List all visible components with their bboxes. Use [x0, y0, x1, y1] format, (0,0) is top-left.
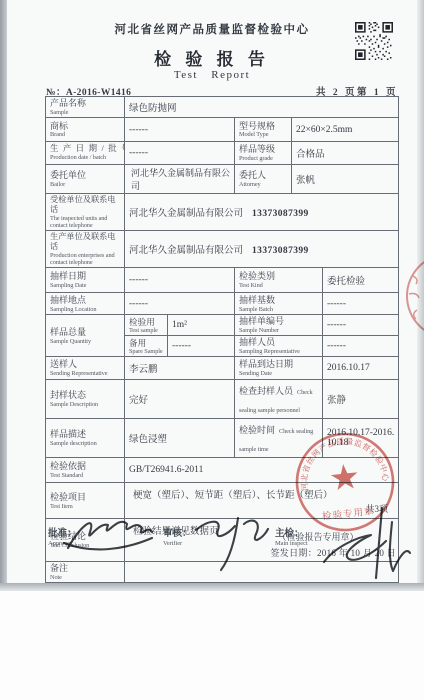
- field-brand-label: 商标Brand: [46, 118, 125, 142]
- field-arrival-date-value: 2016.10.17: [323, 357, 399, 380]
- field-sampling-date-value: ------: [125, 268, 235, 293]
- field-spare-sample-label: 备用Spare Sample: [125, 336, 168, 357]
- field-bailor-value: 河北华久金属制品有限公司: [125, 165, 235, 194]
- test-item-count: 共3项: [366, 502, 389, 515]
- report-table: 产品名称Sample 绿色防抛网 商标Brand ------ 型号规格Mode…: [45, 96, 399, 583]
- inspected-unit-phone: 13373087399: [252, 209, 309, 219]
- field-test-time-label: 检验时间 Check sealing sample time: [235, 419, 323, 458]
- field-test-standard-value: GB/T26941.6-2011: [125, 458, 399, 483]
- field-sampling-date-label: 抽样日期Sampling Date: [46, 268, 125, 293]
- report-subtitle: Test Report: [0, 69, 424, 81]
- field-brand-value: ------: [125, 118, 235, 142]
- field-sampling-location-value: ------: [125, 293, 235, 315]
- verify-label: 审核：Verifier: [163, 529, 192, 548]
- field-test-standard-label: 检验依据Test Standard: [46, 458, 125, 483]
- field-spare-sample-value: ------: [168, 336, 235, 357]
- field-sampling-rep-value: ------: [323, 336, 399, 357]
- field-inspected-unit-value: 河北华久金属制品有限公司13373087399: [125, 194, 399, 231]
- scanned-report-page: 河北省丝网产品质量监督检验中心 检 验 报 告 Test Report №：A-…: [0, 0, 424, 700]
- field-sample-desc-value: 绿色浸塑: [125, 419, 235, 458]
- qr-code-icon: [355, 22, 393, 60]
- field-attorney-label: 委托人Attorney: [235, 165, 292, 194]
- field-test-kind-value: 委托检验: [323, 268, 399, 293]
- field-sample-number-label: 抽样单编号Sample Number: [235, 315, 323, 336]
- field-grade-label: 样品等级Product grade: [235, 142, 292, 165]
- field-seal-checker-value: 张静: [323, 380, 399, 419]
- inspect-label: 主检：Main inspect: [275, 529, 308, 548]
- field-seal-status-label: 封样状态Sample Description: [46, 380, 125, 419]
- field-sample-desc-label: 样品描述Sample description: [46, 419, 125, 458]
- conclusion-stamp-note: （检验报告专用章） 签发日期：2016 年 10 月 20 日: [238, 530, 398, 559]
- field-sending-rep-value: 李云鹏: [125, 357, 235, 380]
- scan-bottom-shadow: [0, 583, 424, 591]
- field-sample-batch-value: ------: [323, 293, 399, 315]
- field-bailor-label: 委托单位Bailor: [46, 165, 125, 194]
- field-sample-batch-label: 抽样基数Sample Batch: [235, 293, 323, 315]
- field-sample-value: 绿色防抛网: [125, 97, 399, 118]
- field-note-label: 备注Note: [46, 562, 125, 583]
- field-sample-quantity-label: 样品总量Sample Quantity: [46, 315, 125, 357]
- field-sending-rep-label: 送样人Sending Representative: [46, 357, 125, 380]
- field-sampling-location-label: 抽样地点Sampling Location: [46, 293, 125, 315]
- field-seal-status-value: 完好: [125, 380, 235, 419]
- field-inspected-unit-label: 受检单位及联系电话The inspected units and contact…: [46, 194, 125, 231]
- field-test-sample-label: 检验用Test sample: [125, 315, 168, 336]
- field-production-unit-value: 河北华久金属制品有限公司13373087399: [125, 231, 399, 268]
- field-sample-number-value: ------: [323, 315, 399, 336]
- field-production-date-value: ------: [125, 142, 235, 165]
- field-model-value: 22×60×2.5mm: [292, 118, 399, 142]
- field-sample-label: 产品名称Sample: [46, 97, 125, 118]
- field-production-date-label: 生 产 日 期 / 批 号Production date / batch: [46, 142, 125, 165]
- field-test-item-value: 梗宽（塑后）、短节距（塑后）、长节距（塑后） 共3项: [125, 483, 399, 519]
- field-grade-value: 合格品: [292, 142, 399, 165]
- field-seal-checker-label: 检查封样人员 Check sealing sample personnel: [235, 380, 323, 419]
- field-model-label: 型号规格Model Type: [235, 118, 292, 142]
- field-test-kind-label: 检验类别Test Kind: [235, 268, 323, 293]
- scan-right-edge: [417, 0, 424, 584]
- issue-date: 签发日期：2016 年 10 月 20 日: [238, 546, 398, 559]
- approve-label: 批准：Approver: [48, 529, 77, 548]
- field-test-sample-value: 1m²: [168, 315, 235, 336]
- production-unit-phone: 13373087399: [252, 246, 309, 256]
- field-test-item-label: 检验项目Test Item: [46, 483, 125, 519]
- field-arrival-date-label: 样品到达日期Sending Date: [235, 357, 323, 380]
- field-test-time-value: 2016.10.17-2016.10.18: [323, 419, 399, 458]
- scan-left-edge: [0, 0, 7, 590]
- field-production-unit-label: 生产单位及联系电话Production enterprises and cont…: [46, 231, 125, 268]
- field-attorney-value: 张帆: [292, 165, 399, 194]
- field-sampling-rep-label: 抽样人员Sampling Representative: [235, 336, 323, 357]
- field-note-value: [125, 562, 399, 583]
